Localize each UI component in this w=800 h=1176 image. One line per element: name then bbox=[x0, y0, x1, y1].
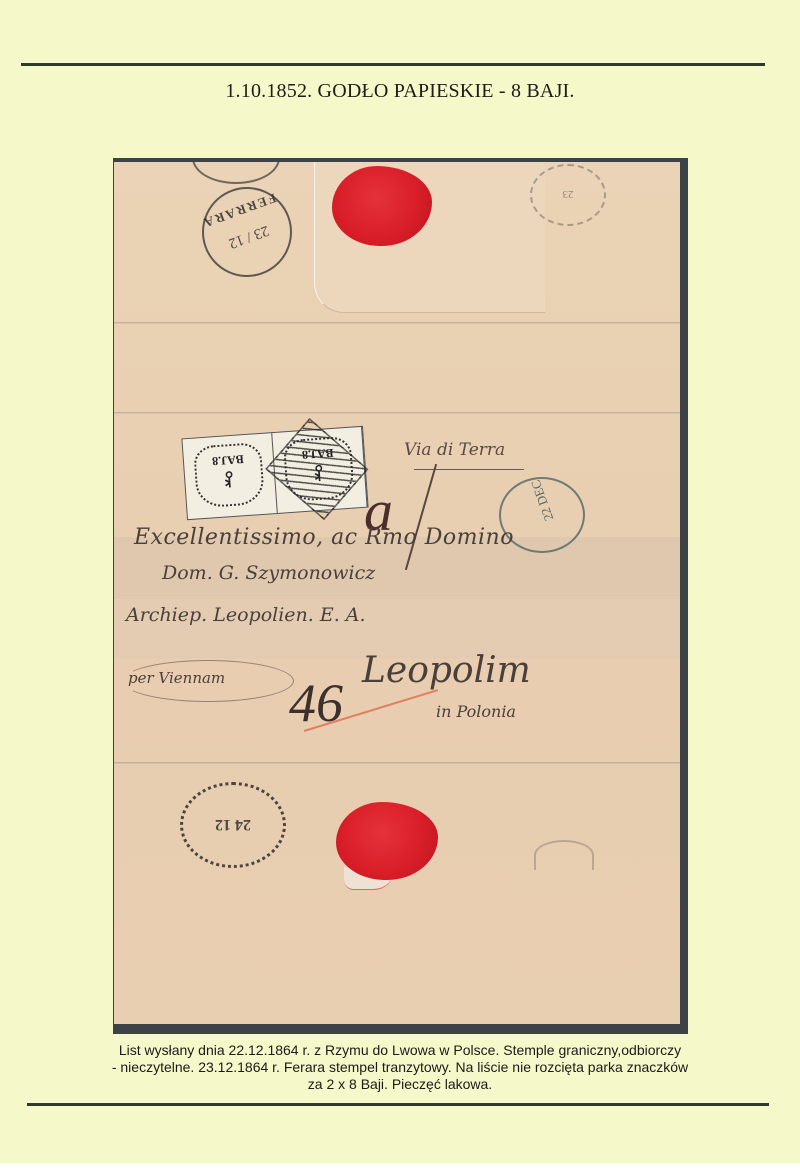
destination-country: in Polonia bbox=[436, 702, 516, 721]
address-line-3: Archiep. Leopolien. E. A. bbox=[126, 604, 366, 626]
postmark-date: 24 12 bbox=[183, 815, 283, 833]
handwritten-via: Via di Terra bbox=[404, 440, 505, 460]
description-caption: List wysłany dnia 22.12.1864 r. z Rzymu … bbox=[90, 1042, 710, 1093]
papal-arms-icon: BAJ.8 ⚷ bbox=[193, 442, 265, 509]
postage-due-mark: 46 bbox=[289, 672, 343, 734]
stamp-pair: BAJ.8 ⚷ BAJ.8 ⚷ bbox=[181, 426, 368, 520]
caption-line-1: List wysłany dnia 22.12.1864 r. z Rzymu … bbox=[90, 1042, 710, 1059]
fold-line-3 bbox=[114, 762, 680, 765]
crossed-keys-icon: ⚷ bbox=[197, 465, 263, 494]
caption-line-3: za 2 x 8 Baji. Pieczęć lakowa. bbox=[90, 1076, 710, 1093]
caption-line-2: - nieczytelne. 23.12.1864 r. Ferara stem… bbox=[90, 1059, 710, 1076]
bottom-divider bbox=[27, 1103, 769, 1106]
address-line-2: Dom. G. Szymonowicz bbox=[162, 562, 375, 584]
top-divider bbox=[21, 63, 765, 66]
routing-note: per Viennam bbox=[128, 669, 225, 687]
postmark-date: 23 bbox=[532, 188, 604, 200]
postmark-faint-bottom bbox=[534, 840, 594, 870]
page-title: 1.10.1852. GODŁO PAPIESKIE - 8 BAJI. bbox=[0, 80, 800, 103]
postmark-partial-top bbox=[192, 162, 280, 184]
fold-line-2 bbox=[114, 412, 680, 415]
postmark-date: 22 DEC bbox=[521, 459, 563, 541]
postmark-faint-top-right: 23 bbox=[530, 164, 606, 226]
stamp-8-baj-left: BAJ.8 ⚷ bbox=[182, 433, 277, 519]
postmark-receiving: 24 12 bbox=[180, 782, 286, 868]
wax-seal-bottom bbox=[336, 802, 438, 880]
destination-city: Leopolim bbox=[362, 650, 531, 691]
folded-letter: 23 / 12 FERRARA 23 BAJ.8 ⚷ BAJ.8 ⚷ Via d… bbox=[114, 162, 680, 1024]
fold-line-1 bbox=[114, 322, 680, 325]
address-line-1: Excellentissimo, ac Rmo Domino bbox=[134, 525, 514, 550]
album-page: 1.10.1852. GODŁO PAPIESKIE - 8 BAJI. 23 … bbox=[0, 0, 800, 1163]
postmark-ferrara: 23 / 12 FERRARA bbox=[189, 174, 304, 289]
via-underline bbox=[414, 469, 524, 470]
